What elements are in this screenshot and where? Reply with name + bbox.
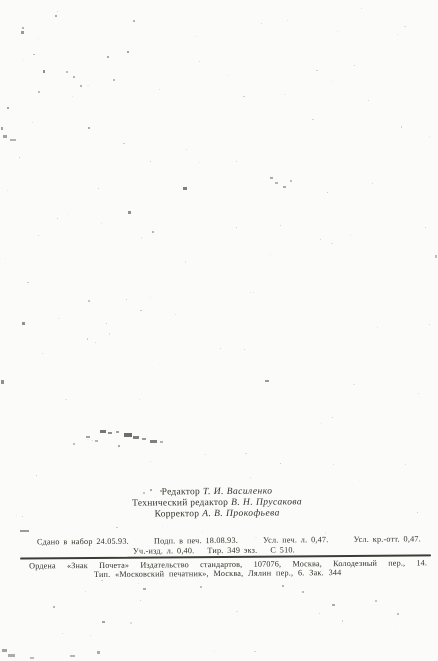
credit-name: В. Н. Прусакова [231,498,302,509]
credit-role: Редактор [162,487,200,497]
imprint-ink-impressions: Усл. кр.-отт. 0,47. [354,534,421,544]
imprint-row-2: Уч.-изд. л. 0,40. Тир. 349 экз. С 510. [133,545,295,555]
print-block: РедакторТ. И. Василенко Технический реда… [0,0,438,661]
scanned-page: РедакторТ. И. Василенко Технический реда… [0,0,438,661]
credit-role: Технический редактор [132,498,228,509]
credit-line-proofreader: КорректорА. В. Прокофьева [0,508,435,523]
printer-line: Тип. «Московский печатник», Москва, Ляли… [0,567,435,580]
credit-name: Т. И. Василенко [203,487,273,498]
imprint-publisher-sheets: Уч.-изд. л. 0,40. [133,546,194,555]
imprint-order-code: С 510. [270,545,295,554]
imprint-print-date: Подп. в печ. 18.08.93. [154,536,238,546]
imprint-print-run: Тир. 349 экз. [207,545,257,554]
credit-name: А. В. Прокофьева [202,509,280,520]
credits-block: РедакторТ. И. Василенко Технический реда… [0,485,435,522]
imprint-printed-sheets: Усл. печ. л. 0,47. [263,535,328,545]
imprint-typeset-date: Сдано в набор 24.05.93. [37,537,129,547]
credit-role: Корректор [155,510,200,520]
